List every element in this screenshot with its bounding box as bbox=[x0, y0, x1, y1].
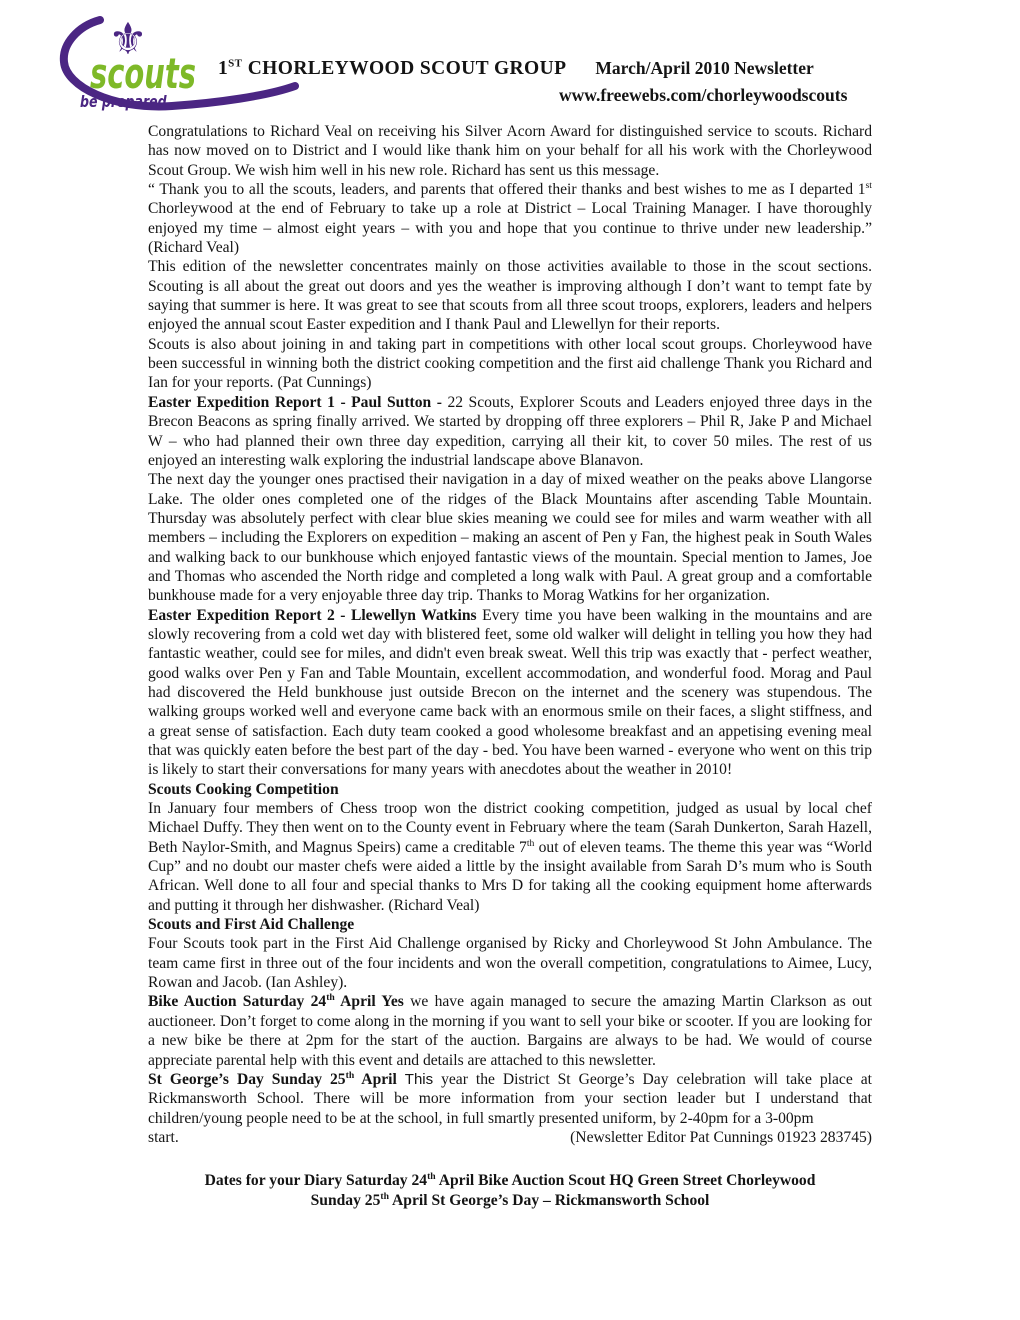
group-ordinal: ST bbox=[228, 58, 242, 70]
text-run: Bike Auction Saturday 24 bbox=[148, 993, 326, 1010]
text-run: Congratulations to Richard Veal on recei… bbox=[148, 123, 872, 179]
text-run: This edition of the newsletter concentra… bbox=[148, 258, 872, 333]
p-richard-message: “ Thank you to all the scouts, leaders, … bbox=[148, 180, 872, 257]
p-editor-line: start.(Newsletter Editor Pat Cunnings 01… bbox=[148, 1128, 872, 1147]
newsletter-page: ⚜ scouts be prepared . . . 1ST CHORLEYWO… bbox=[0, 0, 1020, 1320]
text-run: Sunday 25 bbox=[311, 1192, 381, 1209]
editor-contact: (Newsletter Editor Pat Cunnings 01923 28… bbox=[570, 1128, 872, 1147]
website-url: www.freewebs.com/chorleywoodscouts bbox=[559, 85, 847, 106]
group-number: 1 bbox=[218, 58, 228, 79]
text-run: Easter Expedition Report 1 - Paul Sutton… bbox=[148, 394, 447, 411]
text-run: Every time you have been walking in the … bbox=[148, 607, 872, 779]
p-easter-report-1: Easter Expedition Report 1 - Paul Sutton… bbox=[148, 393, 872, 470]
document-body: Congratulations to Richard Veal on recei… bbox=[148, 122, 872, 1210]
footer-diary-date-1: Dates for your Diary Saturday 24th April… bbox=[148, 1171, 872, 1190]
text-run: st bbox=[866, 180, 872, 191]
text-run: th bbox=[346, 1070, 355, 1081]
text-run: th bbox=[380, 1190, 389, 1201]
footer-diary-date-2: Sunday 25th April St George’s Day – Rick… bbox=[148, 1191, 872, 1210]
text-run: Scouts and First Aid Challenge bbox=[148, 916, 354, 933]
p-intro: Congratulations to Richard Veal on recei… bbox=[148, 122, 872, 180]
text-run: th bbox=[326, 992, 335, 1003]
paragraph-last-word: start. bbox=[148, 1128, 179, 1147]
text-run: Dates for your Diary Saturday 24 bbox=[205, 1172, 428, 1189]
text-run: April Bike Auction Scout HQ Green Street… bbox=[436, 1172, 816, 1189]
newsletter-header: 1ST CHORLEYWOOD SCOUT GROUPMarch/April 2… bbox=[218, 58, 814, 80]
text-run: th bbox=[427, 1171, 436, 1182]
text-run: April St George’s Day – Rickmansworth Sc… bbox=[389, 1192, 709, 1209]
text-run: The next day the younger ones practised … bbox=[148, 471, 872, 604]
text-run: Scouts is also about joining in and taki… bbox=[148, 336, 872, 392]
text-run: Scouts Cooking Competition bbox=[148, 781, 339, 798]
text-run: “ Thank you to all the scouts, leaders, … bbox=[148, 181, 866, 198]
p-cooking-competition: In January four members of Chess troop w… bbox=[148, 799, 872, 915]
p-easter-report-1b: The next day the younger ones practised … bbox=[148, 470, 872, 605]
p-edition: This edition of the newsletter concentra… bbox=[148, 257, 872, 334]
logo-tagline-text: be prepared . . . bbox=[80, 92, 194, 111]
text-run: April Yes bbox=[335, 993, 404, 1010]
group-name: 1ST CHORLEYWOOD SCOUT GROUP bbox=[218, 58, 566, 79]
p-st-georges-day: St George’s Day Sunday 25th April This y… bbox=[148, 1070, 872, 1128]
p-bike-auction: Bike Auction Saturday 24th April Yes we … bbox=[148, 992, 872, 1069]
h-cooking-competition: Scouts Cooking Competition bbox=[148, 780, 872, 799]
text-run: This bbox=[405, 1071, 433, 1088]
issue-title: March/April 2010 Newsletter bbox=[595, 58, 813, 78]
p-easter-report-2: Easter Expedition Report 2 - Llewellyn W… bbox=[148, 606, 872, 780]
text-run: Chorleywood at the end of February to ta… bbox=[148, 200, 872, 256]
text-run: April bbox=[354, 1071, 405, 1088]
logo-brand-text: scouts bbox=[90, 49, 196, 98]
text-run: St George’s Day Sunday 25 bbox=[148, 1071, 346, 1088]
h-first-aid-challenge: Scouts and First Aid Challenge bbox=[148, 915, 872, 934]
p-first-aid-challenge: Four Scouts took part in the First Aid C… bbox=[148, 934, 872, 992]
text-run: Four Scouts took part in the First Aid C… bbox=[148, 935, 872, 991]
p-competitions: Scouts is also about joining in and taki… bbox=[148, 335, 872, 393]
group-name-rest: CHORLEYWOOD SCOUT GROUP bbox=[242, 58, 566, 79]
text-run: Easter Expedition Report 2 - Llewellyn W… bbox=[148, 607, 477, 624]
